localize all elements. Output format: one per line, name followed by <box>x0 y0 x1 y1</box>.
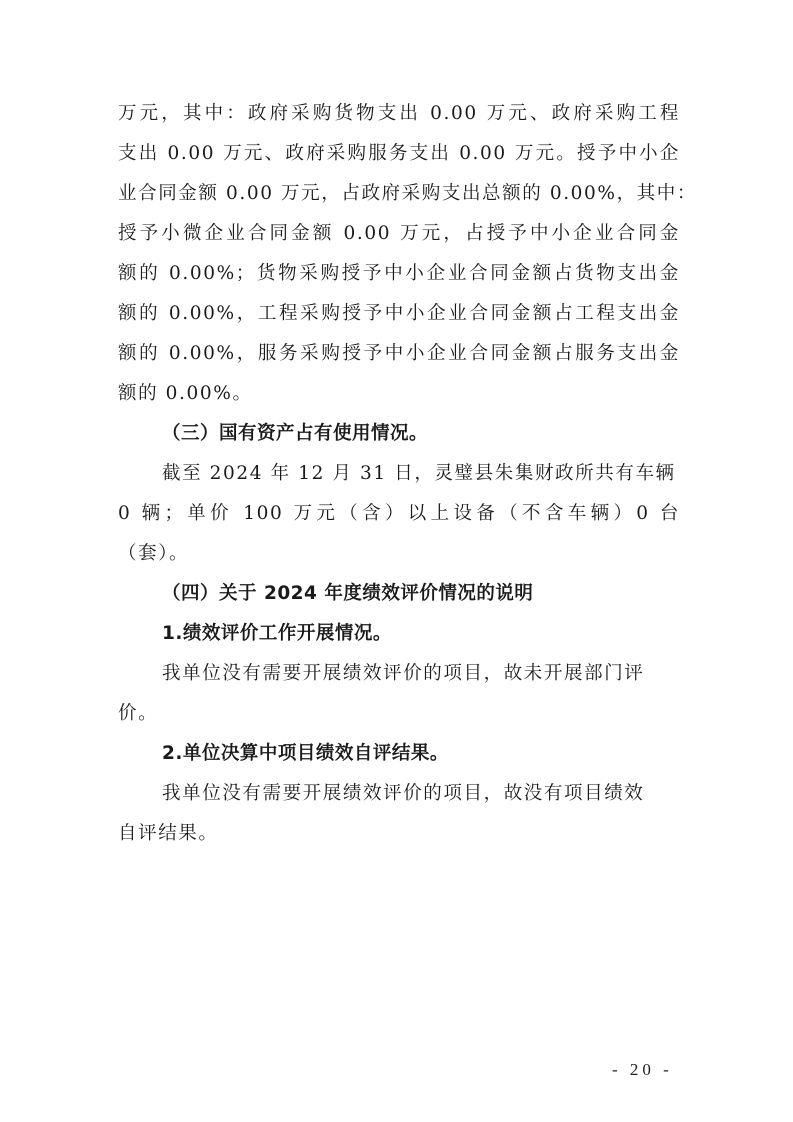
section-3-line: 截至 2024 年 12 月 31 日，灵璧县朱集财政所共有车辆 <box>118 454 680 494</box>
subsection-2-line: 自评结果。 <box>118 814 680 854</box>
subsection-1-heading: 1.绩效评价工作开展情况。 <box>118 614 680 654</box>
subsection-2-line: 我单位没有需要开展绩效评价的项目，故没有项目绩效 <box>118 774 680 814</box>
section-3-line: （套）。 <box>118 534 680 574</box>
subsection-1-line: 价。 <box>118 694 680 734</box>
subsection-1-line: 我单位没有需要开展绩效评价的项目，故未开展部门评 <box>118 654 680 694</box>
section-3-line: 0 辆；单价 100 万元（含）以上设备（不含车辆）0 台 <box>118 494 680 534</box>
body-line: 额的 0.00%；货物采购授予中小企业合同金额占货物支出金 <box>118 254 680 294</box>
body-line: 支出 0.00 万元、政府采购服务支出 0.00 万元。授予中小企 <box>118 134 680 174</box>
section-3-heading: （三）国有资产占有使用情况。 <box>118 414 680 454</box>
body-line: 授予小微企业合同金额 0.00 万元，占授予中小企业合同金 <box>118 214 680 254</box>
body-line: 额的 0.00%，服务采购授予中小企业合同金额占服务支出金 <box>118 334 680 374</box>
section-4-heading: （四）关于 2024 年度绩效评价情况的说明 <box>118 574 680 614</box>
subsection-2-heading: 2.单位决算中项目绩效自评结果。 <box>118 734 680 774</box>
body-line: 额的 0.00%，工程采购授予中小企业合同金额占工程支出金 <box>118 294 680 334</box>
body-line: 业合同金额 0.00 万元，占政府采购支出总额的 0.00%，其中： <box>118 174 680 214</box>
body-line: 万元，其中：政府采购货物支出 0.00 万元、政府采购工程 <box>118 94 680 134</box>
body-line: 额的 0.00%。 <box>118 374 680 414</box>
document-page: 万元，其中：政府采购货物支出 0.00 万元、政府采购工程 支出 0.00 万元… <box>118 94 680 854</box>
page-number: - 20 - <box>612 1060 673 1080</box>
